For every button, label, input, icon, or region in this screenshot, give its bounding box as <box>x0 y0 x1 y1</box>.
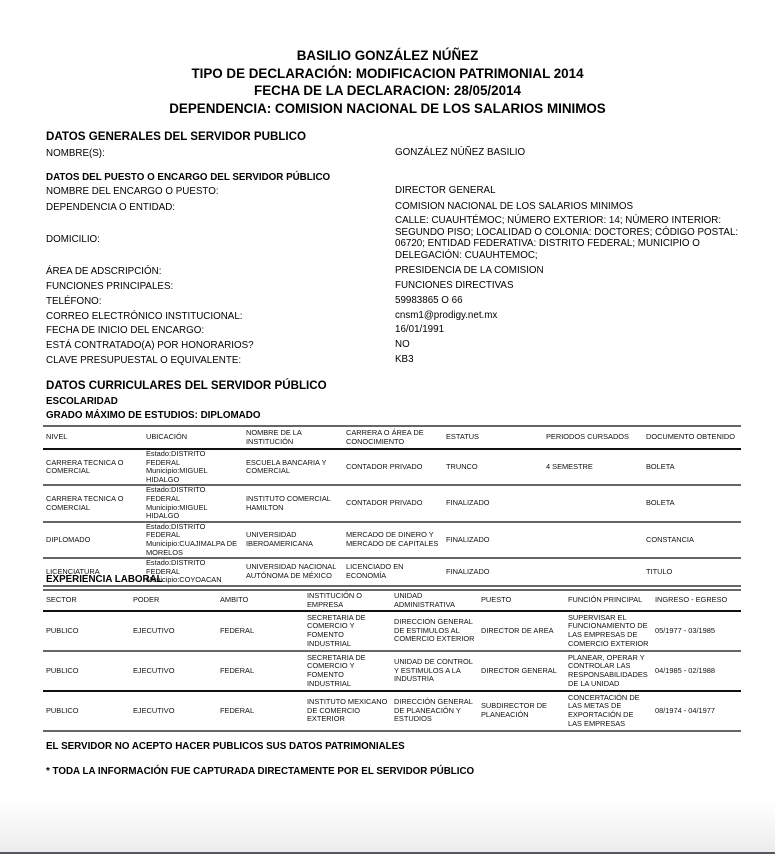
cell: CONTADOR PRIVADO <box>343 485 443 521</box>
cell <box>543 485 643 521</box>
col-position: PUESTO <box>478 590 565 611</box>
cell: BOLETA <box>643 485 741 521</box>
declaration-type: TIPO DE DECLARACIÓN: MODIFICACION PATRIM… <box>0 65 775 83</box>
cell: CARRERA TECNICA O COMERCIAL <box>43 449 143 485</box>
cell: FINALIZADO <box>443 485 543 521</box>
cell: MERCADO DE DINERO Y MERCADO DE CAPITALES <box>343 522 443 558</box>
col-power: PODER <box>130 590 217 611</box>
cell: SECRETARIA DE COMERCIO Y FOMENTO INDUSTR… <box>304 611 391 651</box>
table-row: PUBLICO EJECUTIVO FEDERAL SECRETARIA DE … <box>43 611 741 651</box>
name-label: NOMBRE(S): <box>46 148 105 159</box>
address-value: CALLE: CUAUHTÉMOC; NÚMERO EXTERIOR: 14; … <box>395 215 745 261</box>
cell: UNIDAD DE CONTROL Y ESTIMULOS A LA INDUS… <box>391 651 478 691</box>
email-value: cnsm1@prodigy.net.mx <box>395 310 745 322</box>
budget-key-value: KB3 <box>395 354 745 366</box>
col-scope: AMBITO <box>217 590 304 611</box>
schooling-title: ESCOLARIDAD <box>46 396 118 407</box>
col-document: DOCUMENTO OBTENIDO <box>643 426 741 449</box>
cell: Estado:DISTRITO FEDERAL Municipio:CUAJIM… <box>143 522 243 558</box>
curricular-title: DATOS CURRICULARES DEL SERVIDOR PÚBLICO <box>46 379 327 392</box>
col-dates: INGRESO - EGRESO <box>652 590 741 611</box>
cell: DIRECCION GENERAL DE ESTIMULOS AL COMERC… <box>391 611 478 651</box>
col-career: CARRERA O ÁREA DE CONOCIMIENTO <box>343 426 443 449</box>
cell: LICENCIADO EN ECONOMÍA <box>343 558 443 586</box>
cell: 04/1985 - 02/1988 <box>652 651 741 691</box>
cell: 4 SEMESTRE <box>543 449 643 485</box>
cell: EJECUTIVO <box>130 651 217 691</box>
col-periods: PERIODOS CURSADOS <box>543 426 643 449</box>
start-date-label: FECHA DE INICIO DEL ENCARGO: <box>46 325 204 336</box>
agency: DEPENDENCIA: COMISION NACIONAL DE LOS SA… <box>0 100 775 118</box>
cell: DIPLOMADO <box>43 522 143 558</box>
experience-table: SECTOR PODER AMBITO INSTITUCIÓN O EMPRES… <box>43 589 741 732</box>
table-row: PUBLICO EJECUTIVO FEDERAL SECRETARIA DE … <box>43 651 741 691</box>
area-value: PRESIDENCIA DE LA COMISION <box>395 265 745 277</box>
cell: Estado:DISTRITO FEDERAL Municipio:MIGUEL… <box>143 449 243 485</box>
cell: SUBDIRECTOR DE PLANEACIÓN <box>478 691 565 731</box>
declaration-date: FECHA DE LA DECLARACION: 28/05/2014 <box>0 82 775 100</box>
education-header-row: NIVEL UBICACIÓN NOMBRE DE LA INSTITUCIÓN… <box>43 426 741 449</box>
fees-value: NO <box>395 339 745 351</box>
cell: DIRECTOR DE AREA <box>478 611 565 651</box>
cell: FEDERAL <box>217 611 304 651</box>
cell: 08/1974 - 04/1977 <box>652 691 741 731</box>
page-shadow <box>0 800 775 852</box>
col-location: UBICACIÓN <box>143 426 243 449</box>
document-header: BASILIO GONZÁLEZ NÚÑEZ TIPO DE DECLARACI… <box>0 47 775 117</box>
phone-label: TELÉFONO: <box>46 296 102 307</box>
cell: CARRERA TECNICA O COMERCIAL <box>43 485 143 521</box>
cell: INSTITUTO COMERCIAL HAMILTON <box>243 485 343 521</box>
address-label: DOMICILIO: <box>46 234 100 245</box>
cell <box>543 522 643 558</box>
cell: PLANEAR, OPERAR Y CONTROLAR LAS RESPONSA… <box>565 651 652 691</box>
cell: FINALIZADO <box>443 522 543 558</box>
name-value: GONZÁLEZ NÚÑEZ BASILIO <box>395 147 745 159</box>
cell: 05/1977 - 03/1985 <box>652 611 741 651</box>
functions-label: FUNCIONES PRINCIPALES: <box>46 281 173 292</box>
cell: ESCUELA BANCARIA Y COMERCIAL <box>243 449 343 485</box>
cell: CONCERTACIÓN DE LAS METAS DE EXPORTACIÓN… <box>565 691 652 731</box>
table-row: CARRERA TECNICA O COMERCIAL Estado:DISTR… <box>43 449 741 485</box>
start-date-value: 16/01/1991 <box>395 324 745 336</box>
col-status: ESTATUS <box>443 426 543 449</box>
table-row: DIPLOMADO Estado:DISTRITO FEDERAL Munici… <box>43 522 741 558</box>
col-sector: SECTOR <box>43 590 130 611</box>
cell: FEDERAL <box>217 651 304 691</box>
entity-value: COMISION NACIONAL DE LOS SALARIOS MINIMO… <box>395 201 745 213</box>
col-main-function: FUNCIÓN PRINCIPAL <box>565 590 652 611</box>
position-value: DIRECTOR GENERAL <box>395 185 745 197</box>
cell: FEDERAL <box>217 691 304 731</box>
position-label: NOMBRE DEL ENCARGO O PUESTO: <box>46 186 219 197</box>
cell: BOLETA <box>643 449 741 485</box>
budget-key-label: CLAVE PRESUPUESTAL O EQUIVALENTE: <box>46 355 241 366</box>
cell: Estado:DISTRITO FEDERAL Municipio:MIGUEL… <box>143 485 243 521</box>
cell: INSTITUTO MEXICANO DE COMERCIO EXTERIOR <box>304 691 391 731</box>
cell: EJECUTIVO <box>130 611 217 651</box>
cell: DIRECCIÓN GENERAL DE PLANEACIÓN Y ESTUDI… <box>391 691 478 731</box>
table-row: PUBLICO EJECUTIVO FEDERAL INSTITUTO MEXI… <box>43 691 741 731</box>
email-label: CORREO ELECTRÓNICO INSTITUCIONAL: <box>46 311 243 322</box>
cell: CONSTANCIA <box>643 522 741 558</box>
cell: UNIVERSIDAD NACIONAL AUTÓNOMA DE MÉXICO <box>243 558 343 586</box>
declarant-name: BASILIO GONZÁLEZ NÚÑEZ <box>0 47 775 65</box>
area-label: ÁREA DE ADSCRIPCIÓN: <box>46 266 161 277</box>
experience-title: EXPERIENCIA LABORAL <box>46 574 163 585</box>
cell: SECRETARIA DE COMERCIO Y FOMENTO INDUSTR… <box>304 651 391 691</box>
patrimonial-notice: EL SERVIDOR NO ACEPTO HACER PUBLICOS SUS… <box>46 741 405 752</box>
functions-value: FUNCIONES DIRECTIVAS <box>395 280 745 292</box>
cell: PUBLICO <box>43 651 130 691</box>
cell: TRUNCO <box>443 449 543 485</box>
col-admin-unit: UNIDAD ADMINISTRATIVA <box>391 590 478 611</box>
experience-header-row: SECTOR PODER AMBITO INSTITUCIÓN O EMPRES… <box>43 590 741 611</box>
capture-notice: * TODA LA INFORMACIÓN FUE CAPTURADA DIRE… <box>46 766 474 777</box>
cell: UNIVERSIDAD IBEROAMERICANA <box>243 522 343 558</box>
cell <box>543 558 643 586</box>
phone-value: 59983865 O 66 <box>395 295 745 307</box>
education-table: NIVEL UBICACIÓN NOMBRE DE LA INSTITUCIÓN… <box>43 425 741 587</box>
cell: DIRECTOR GENERAL <box>478 651 565 691</box>
general-data-title: DATOS GENERALES DEL SERVIDOR PUBLICO <box>46 130 306 143</box>
position-title: DATOS DEL PUESTO O ENCARGO DEL SERVIDOR … <box>46 172 330 183</box>
cell: EJECUTIVO <box>130 691 217 731</box>
col-institution: NOMBRE DE LA INSTITUCIÓN <box>243 426 343 449</box>
cell: SUPERVISAR EL FUNCIONAMIENTO DE LAS EMPR… <box>565 611 652 651</box>
entity-label: DEPENDENCIA O ENTIDAD: <box>46 202 175 213</box>
col-institution: INSTITUCIÓN O EMPRESA <box>304 590 391 611</box>
fees-label: ESTÁ CONTRATADO(A) POR HONORARIOS? <box>46 340 254 351</box>
cell: PUBLICO <box>43 691 130 731</box>
cell: FINALIZADO <box>443 558 543 586</box>
max-degree: GRADO MÁXIMO DE ESTUDIOS: DIPLOMADO <box>46 410 260 421</box>
cell: PUBLICO <box>43 611 130 651</box>
table-row: CARRERA TECNICA O COMERCIAL Estado:DISTR… <box>43 485 741 521</box>
cell: CONTADOR PRIVADO <box>343 449 443 485</box>
col-level: NIVEL <box>43 426 143 449</box>
cell: TITULO <box>643 558 741 586</box>
